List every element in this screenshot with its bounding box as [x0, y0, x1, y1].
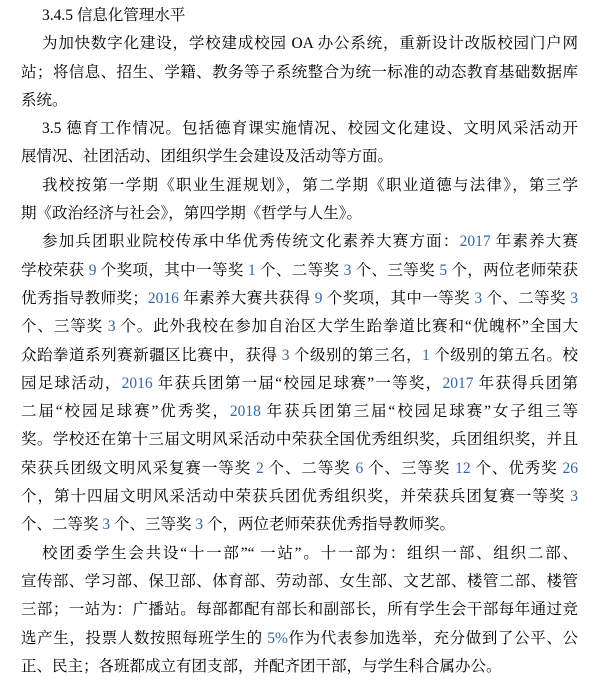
text-run: 个、二等奖	[21, 516, 102, 533]
number-run: 2017	[460, 233, 491, 250]
text-line: 学校荣获 9 个奖项，其中一等奖 1 个、二等奖 3 个、三等奖 5 个，两位老…	[21, 257, 578, 285]
text-run: 年获兵团第三届“校园足球赛”女子组三等	[261, 403, 578, 420]
text-run: 个级别的第五名。校	[430, 347, 578, 364]
number-run: 5%	[267, 630, 288, 647]
text-run: 个、优秀奖	[471, 460, 563, 477]
text-line: 优秀指导教师奖；2016 年素养大赛共获得 9 个奖项，其中一等奖 3 个、二等…	[21, 285, 578, 313]
text-run: 校团委学生会共设“十一部”“ 一站”。十一部为：组织一部、组织二部、	[42, 545, 578, 562]
text-run: 个，第十四届文明风采活动中荣获兵团优秀组织奖，并荣获兵团复赛一等奖	[21, 488, 570, 505]
text-run: 作为代表参加选举，充分做到了公平、公	[288, 630, 578, 647]
text-run: 年素养大赛	[491, 233, 578, 250]
text-run: 个，两位老师荣获	[447, 262, 578, 279]
text-run: 二届“校园足球赛”优秀奖，	[21, 403, 230, 420]
number-run: 12	[455, 460, 471, 477]
text-run: 三部；一站为：广播站。每部都配有部长和副部长，所有学生会干部每年通过竞	[21, 601, 578, 618]
text-line: 为加快数字化建设，学校建成校园 OA 办公系统，重新设计改版校园门户网	[21, 30, 578, 58]
text-run: 荣获兵团级文明风采复赛一等奖	[21, 460, 256, 477]
number-run: 5	[439, 262, 447, 279]
text-line: 我校按第一学期《职业生涯规划》，第二学期《职业道德与法律》，第三学	[21, 172, 578, 200]
text-line: 荣获兵团级文明风采复赛一等奖 2 个、二等奖 6 个、三等奖 12 个、优秀奖 …	[21, 455, 578, 483]
number-run: 2016	[122, 375, 153, 392]
text-run: 正、民主；各班都成立有团支部，并配齐团干部，与学生科合属办公。	[21, 658, 502, 675]
number-run: 1	[422, 347, 430, 364]
number-run: 3	[102, 516, 110, 533]
text-line: 展情况、社团活动、团组织学生会建设及活动等方面。	[21, 143, 578, 171]
text-line: 众跆拳道系列赛新疆区比赛中，获得 3 个级别的第三名，1 个级别的第五名。校	[21, 342, 578, 370]
text-line: 选产生，投票人数按照每班学生的 5%作为代表参加选举，充分做到了公平、公	[21, 625, 578, 653]
text-run: 个。此外我校在参加自治区大学生跆拳道比赛和“优魄杯”全国大	[116, 318, 578, 335]
text-run: 园足球活动，	[21, 375, 122, 392]
number-run: 9	[89, 262, 97, 279]
text-run: 个奖项，其中一等奖	[97, 262, 248, 279]
text-line: 宣传部、学习部、保卫部、体育部、劳动部、女生部、文艺部、楼管二部、楼管	[21, 568, 578, 596]
number-run: 3	[570, 488, 578, 505]
text-run: 3.5 德育工作情况。包括德育课实施情况、校园文化建设、文明风采活动开	[42, 120, 578, 137]
text-run: 3.4.5 信息化管理水平	[42, 7, 185, 24]
text-line: 个、二等奖 3 个、三等奖 3 个，两位老师荣获优秀指导教师奖。	[21, 511, 578, 539]
text-line: 3.5 德育工作情况。包括德育课实施情况、校园文化建设、文明风采活动开	[21, 115, 578, 143]
number-run: 2016	[148, 290, 179, 307]
text-column: 3.4.5 信息化管理水平为加快数字化建设，学校建成校园 OA 办公系统，重新设…	[21, 2, 578, 681]
text-run: 个、三等奖	[363, 460, 455, 477]
text-run: 个、二等奖	[482, 290, 570, 307]
text-line: 参加兵团职业院校传承中华优秀传统文化素养大赛方面：2017 年素养大赛	[21, 228, 578, 256]
text-run: 年获兵团第一届“校园足球赛”一等奖，	[153, 375, 443, 392]
number-run: 9	[315, 290, 323, 307]
text-run: 我校按第一学期《职业生涯规划》，第二学期《职业道德与法律》，第三学	[42, 177, 578, 194]
text-line: 期《政治经济与社会》，第四学期《哲学与人生》。	[21, 200, 578, 228]
number-run: 2018	[230, 403, 261, 420]
number-run: 2	[256, 460, 264, 477]
text-run: 奖。学校还在第十三届文明风采活动中荣获全国优秀组织奖，兵团组织奖，并且	[21, 431, 578, 448]
text-line: 站；将信息、招生、学籍、教务等子系统整合为统一标准的动态教育基础数据库	[21, 59, 578, 87]
section-heading: 3.4.5 信息化管理水平	[21, 2, 578, 30]
text-run: 个、三等奖	[21, 318, 108, 335]
number-run: 3	[282, 347, 290, 364]
number-run: 2017	[442, 375, 473, 392]
text-line: 三部；一站为：广播站。每部都配有部长和副部长，所有学生会干部每年通过竞	[21, 596, 578, 624]
number-run: 26	[562, 460, 578, 477]
number-run: 3	[108, 318, 116, 335]
text-run: 个、二等奖	[264, 460, 356, 477]
text-run: 年素养大赛共获得	[179, 290, 315, 307]
text-run: 学校荣获	[21, 262, 89, 279]
text-line: 二届“校园足球赛”优秀奖，2018 年获兵团第三届“校园足球赛”女子组三等	[21, 398, 578, 426]
text-run: 站；将信息、招生、学籍、教务等子系统整合为统一标准的动态教育基础数据库	[21, 64, 578, 81]
text-run: 个奖项，其中一等奖	[323, 290, 475, 307]
text-run: 系统。	[21, 92, 68, 109]
text-line: 系统。	[21, 87, 578, 115]
text-run: 宣传部、学习部、保卫部、体育部、劳动部、女生部、文艺部、楼管二部、楼管	[21, 573, 578, 590]
text-run: 众跆拳道系列赛新疆区比赛中，获得	[21, 347, 282, 364]
text-line: 园足球活动，2016 年获兵团第一届“校园足球赛”一等奖，2017 年获得兵团第	[21, 370, 578, 398]
number-run: 3	[474, 290, 482, 307]
text-run: 参加兵团职业院校传承中华优秀传统文化素养大赛方面：	[42, 233, 460, 250]
text-line: 校团委学生会共设“十一部”“ 一站”。十一部为：组织一部、组织二部、	[21, 540, 578, 568]
text-run: 个级别的第三名，	[290, 347, 423, 364]
number-run: 3	[570, 290, 578, 307]
text-line: 奖。学校还在第十三届文明风采活动中荣获全国优秀组织奖，兵团组织奖，并且	[21, 426, 578, 454]
text-run: 个，两位老师荣获优秀指导教师奖。	[203, 516, 455, 533]
text-run: 选产生，投票人数按照每班学生的	[21, 630, 267, 647]
text-run: 个、三等奖	[110, 516, 195, 533]
text-line: 正、民主；各班都成立有团支部，并配齐团干部，与学生科合属办公。	[21, 653, 578, 681]
text-run: 优秀指导教师奖；	[21, 290, 148, 307]
number-run: 3	[195, 516, 203, 533]
text-run: 为加快数字化建设，学校建成校园 OA 办公系统，重新设计改版校园门户网	[42, 35, 578, 52]
text-line: 个、三等奖 3 个。此外我校在参加自治区大学生跆拳道比赛和“优魄杯”全国大	[21, 313, 578, 341]
text-run: 期《政治经济与社会》，第四学期《哲学与人生》。	[21, 205, 362, 222]
number-run: 1	[248, 262, 256, 279]
text-run: 个、二等奖	[256, 262, 344, 279]
text-line: 个，第十四届文明风采活动中荣获兵团优秀组织奖，并荣获兵团复赛一等奖 3	[21, 483, 578, 511]
text-run: 展情况、社团活动、团组织学生会建设及活动等方面。	[21, 148, 393, 165]
text-run: 年获得兵团第	[473, 375, 578, 392]
text-run: 个、三等奖	[351, 262, 439, 279]
document-page: 3.4.5 信息化管理水平为加快数字化建设，学校建成校园 OA 办公系统，重新设…	[0, 0, 599, 685]
